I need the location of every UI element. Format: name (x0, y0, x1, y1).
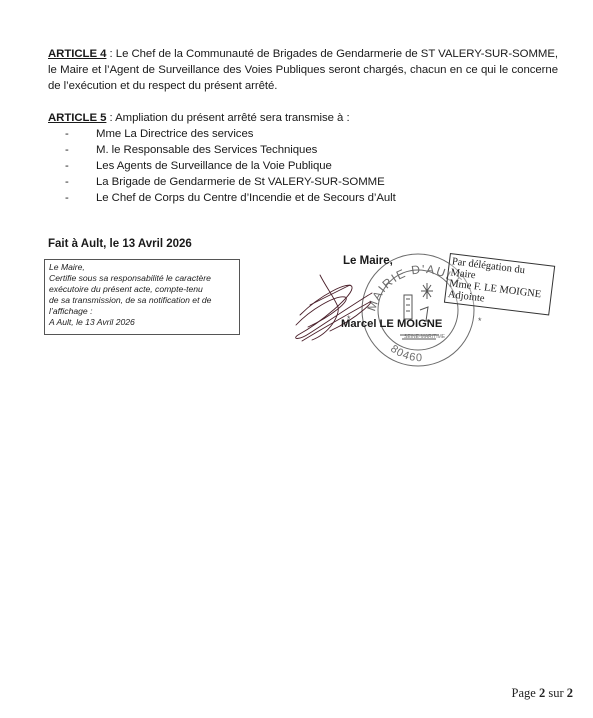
certification-line: l’affichage : (49, 306, 235, 317)
bullet: - (65, 190, 69, 206)
page-separator: sur (545, 686, 567, 700)
certification-line: exécutoire du présent acte, compte-tenu (49, 284, 235, 295)
certification-line: A Ault, le 13 Avril 2026 (49, 317, 235, 328)
svg-text:SEINE-MARITIME: SEINE-MARITIME (404, 334, 446, 340)
signature-icon (296, 275, 372, 341)
list-item: -M. le Responsable des Services Techniqu… (48, 142, 558, 158)
svg-text:80460: 80460 (388, 343, 423, 364)
article-4-label: ARTICLE 4 (48, 48, 106, 60)
list-item: -Mme La Directrice des services (48, 126, 558, 142)
article-5: ARTICLE 5 : Ampliation du présent arrêté… (48, 110, 558, 206)
svg-text:*: * (478, 316, 482, 326)
bullet: - (65, 158, 69, 174)
recipient-text: Les Agents de Surveillance de la Voie Pu… (96, 160, 332, 172)
signer-name: Marcel LE MOIGNE (341, 318, 442, 330)
article-5-text: Ampliation du présent arrêté sera transm… (115, 112, 349, 124)
certification-line: Le Maire, (49, 262, 235, 273)
bullet: - (65, 142, 69, 158)
mayor-title: Le Maire, (343, 255, 393, 267)
page-prefix: Page (512, 686, 539, 700)
article-4: ARTICLE 4 : Le Chef de la Communauté de … (48, 46, 558, 94)
bullet: - (65, 174, 69, 190)
bullet: - (65, 126, 69, 142)
list-item: -La Brigade de Gendarmerie de St VALERY-… (48, 174, 558, 190)
list-item: -Les Agents de Surveillance de la Voie P… (48, 158, 558, 174)
recipient-text: Mme La Directrice des services (96, 128, 253, 140)
stamp-bottom-text: 80460 (388, 343, 423, 364)
article-4-text: Le Chef de la Communauté de Brigades de … (48, 48, 558, 92)
list-item: -Le Chef de Corps du Centre d’Incendie e… (48, 190, 558, 206)
recipient-text: M. le Responsable des Services Technique… (96, 144, 317, 156)
article-5-separator: : (106, 112, 115, 124)
document-page: ARTICLE 4 : Le Chef de la Communauté de … (0, 0, 593, 718)
article-4-separator: : (106, 48, 115, 60)
place-date: Fait à Ault, le 13 Avril 2026 (48, 238, 192, 250)
page-number: Page 2 sur 2 (512, 686, 573, 701)
certification-line: de sa transmission, de sa notification e… (49, 295, 235, 306)
certification-box: Le Maire, Certifie sous sa responsabilit… (44, 259, 240, 335)
recipient-text: La Brigade de Gendarmerie de St VALERY-S… (96, 176, 385, 188)
recipient-list: -Mme La Directrice des services -M. le R… (48, 126, 558, 206)
article-5-label: ARTICLE 5 (48, 112, 106, 124)
page-total: 2 (567, 686, 573, 700)
recipient-text: Le Chef de Corps du Centre d’Incendie et… (96, 192, 396, 204)
certification-line: Certifie sous sa responsabilité le carac… (49, 273, 235, 284)
